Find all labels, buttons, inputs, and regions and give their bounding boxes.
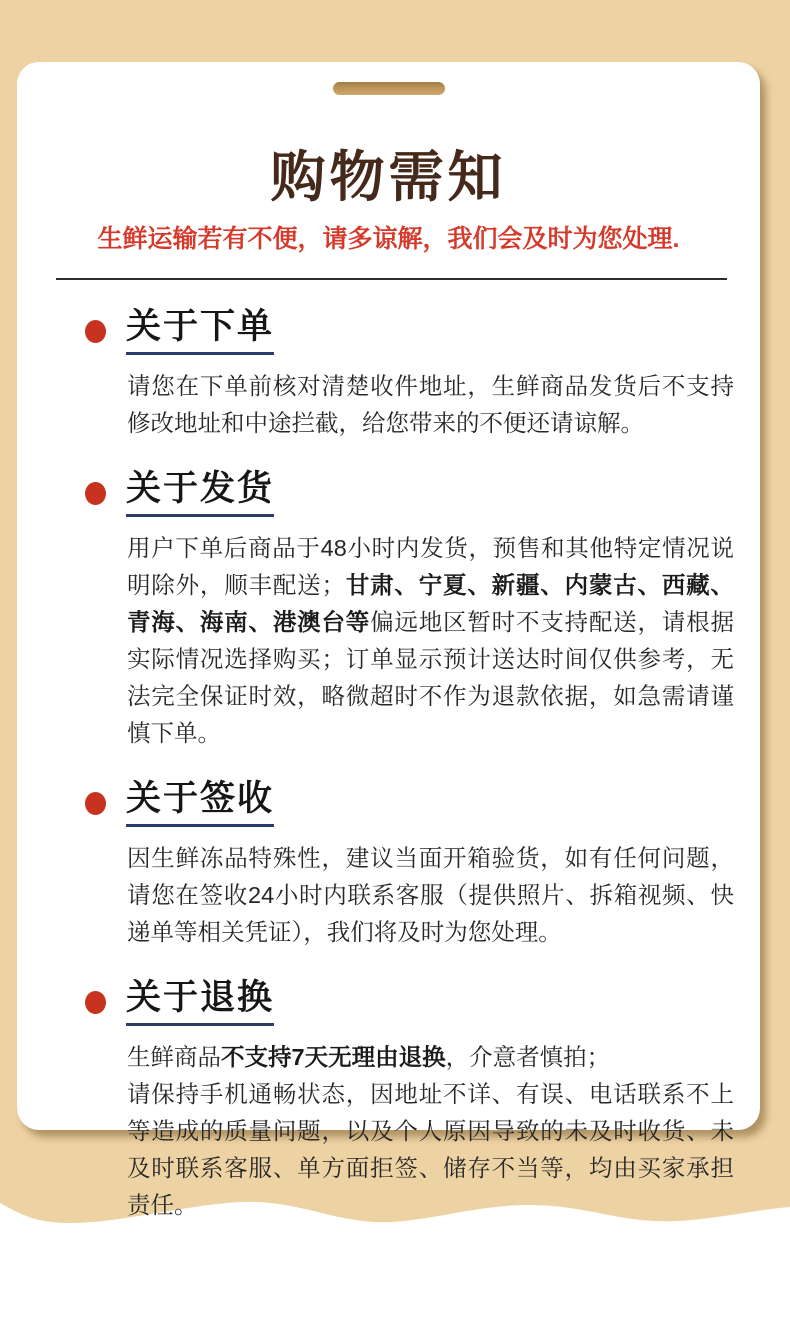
section-heading: 关于签收 — [85, 779, 760, 827]
section-heading: 关于发货 — [85, 469, 760, 517]
section-paragraph: 请保持手机通畅状态，因地址不详、有误、电话联系不上等造成的质量问题，以及个人原因… — [127, 1076, 734, 1224]
section-paragraph: 请您在下单前核对清楚收件地址，生鲜商品发货后不支持修改地址和中途拦截，给您带来的… — [127, 368, 734, 442]
bold-text-run: 不支持7天无理由退换 — [221, 1044, 446, 1070]
red-dot-icon — [85, 991, 106, 1014]
section-heading: 关于下单 — [85, 307, 760, 355]
card-handle-notch — [333, 82, 445, 95]
section-paragraph: 生鲜商品不支持7天无理由退换，介意者慎拍； — [127, 1039, 734, 1076]
section-shipping: 关于发货 用户下单后商品于48小时内发货，预售和其他特定情况说明除外，顺丰配送；… — [17, 469, 760, 752]
notice-card: 购物需知 生鲜运输若有不便，请多谅解，我们会及时为您处理. 关于下单 请您在下单… — [17, 62, 760, 1130]
section-ordering: 关于下单 请您在下单前核对清楚收件地址，生鲜商品发货后不支持修改地址和中途拦截，… — [17, 307, 760, 442]
divider-line — [56, 278, 727, 280]
text-run: 因生鲜冻品特殊性，建议当面开箱验货，如有任何问题，请您在签收24小时内联系客服（… — [127, 845, 734, 945]
red-dot-icon — [85, 792, 106, 815]
section-title: 关于退换 — [126, 978, 274, 1026]
text-run: ，介意者慎拍； — [446, 1044, 611, 1070]
section-returns: 关于退换 生鲜商品不支持7天无理由退换，介意者慎拍； 请保持手机通畅状态，因地址… — [17, 978, 760, 1224]
section-title: 关于下单 — [126, 307, 274, 355]
section-title: 关于签收 — [126, 779, 274, 827]
section-title: 关于发货 — [126, 469, 274, 517]
text-run: 生鲜商品 — [127, 1044, 221, 1070]
red-dot-icon — [85, 320, 106, 343]
section-paragraph: 因生鲜冻品特殊性，建议当面开箱验货，如有任何问题，请您在签收24小时内联系客服（… — [127, 840, 734, 951]
text-run: 请您在下单前核对清楚收件地址，生鲜商品发货后不支持修改地址和中途拦截，给您带来的… — [127, 373, 734, 436]
section-receiving: 关于签收 因生鲜冻品特殊性，建议当面开箱验货，如有任何问题，请您在签收24小时内… — [17, 779, 760, 951]
red-dot-icon — [85, 482, 106, 505]
text-run: 请保持手机通畅状态，因地址不详、有误、电话联系不上等造成的质量问题，以及个人原因… — [127, 1081, 734, 1218]
section-heading: 关于退换 — [85, 978, 760, 1026]
section-paragraph: 用户下单后商品于48小时内发货，预售和其他特定情况说明除外，顺丰配送；甘肃、宁夏… — [127, 530, 734, 752]
page-subtitle: 生鲜运输若有不便，请多谅解，我们会及时为您处理. — [17, 225, 760, 253]
page-title: 购物需知 — [17, 147, 760, 207]
